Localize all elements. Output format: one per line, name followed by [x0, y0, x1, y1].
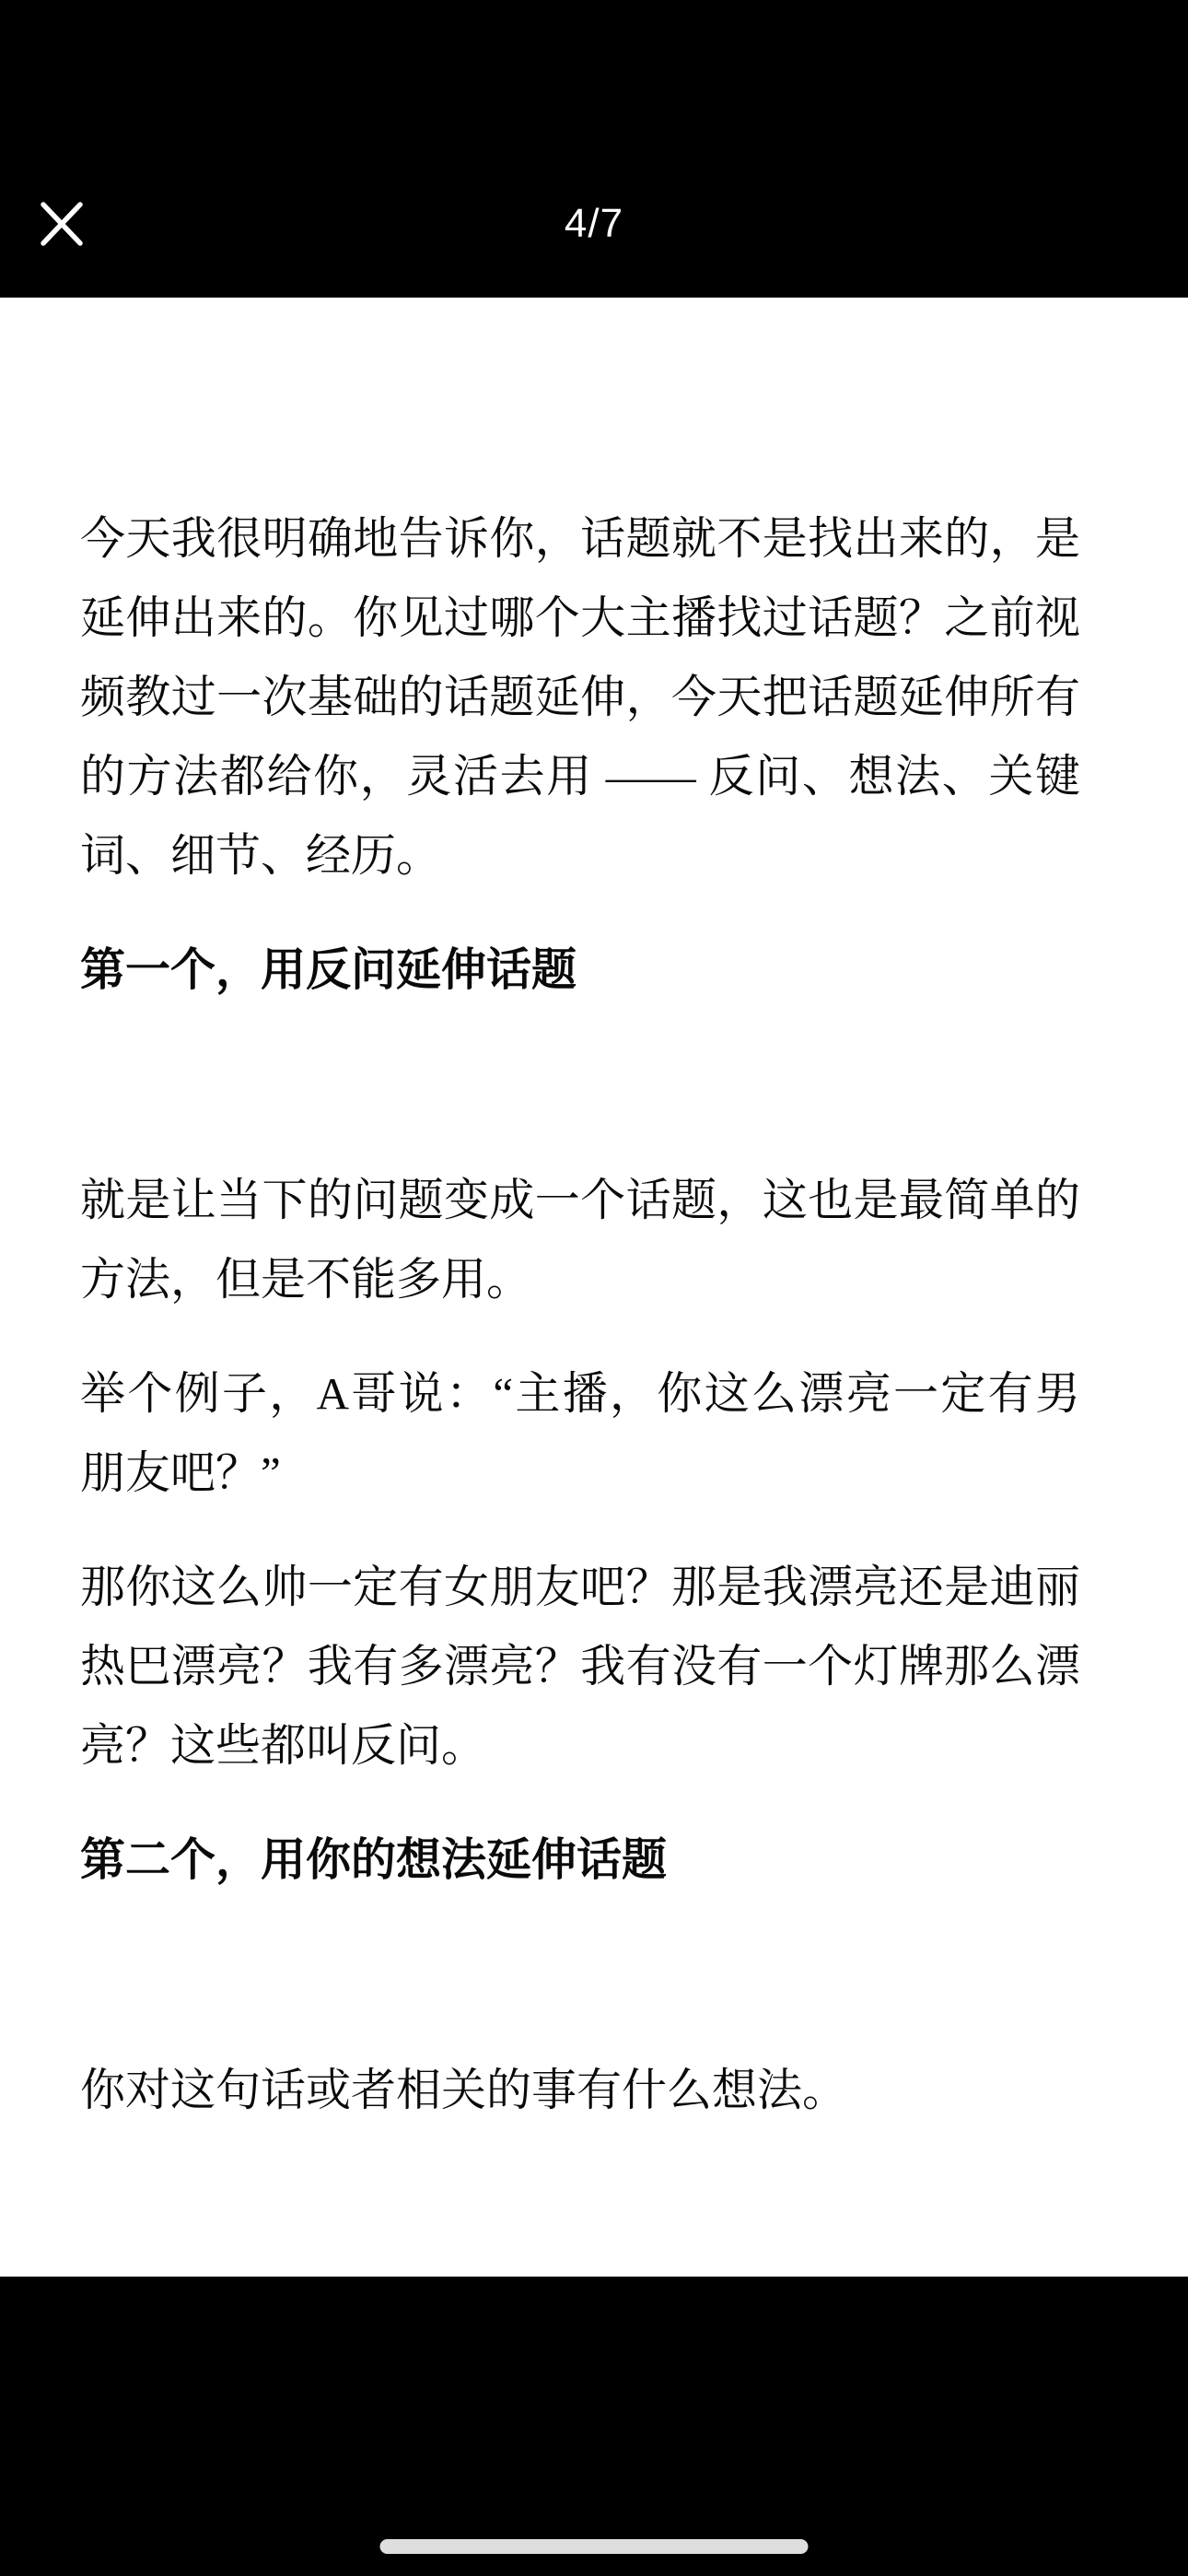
paragraph: 今天我很明确地告诉你，话题就不是找出来的，是延伸出来的。你见过哪个大主播找过话题…	[80, 499, 1080, 896]
header-bar: 4/7	[0, 0, 1188, 298]
paragraph: 就是让当下的问题变成一个话题，这也是最简单的方法，但是不能多用。	[80, 1161, 1080, 1319]
footer-bar	[0, 2277, 1188, 2576]
page-indicator: 4/7	[0, 197, 1188, 251]
section-heading: 第一个，用反问延伸话题	[80, 931, 1080, 1010]
paragraph: 你对这句话或者相关的事有什么想法。	[80, 2051, 1080, 2130]
section-heading: 第二个，用你的想法延伸话题	[80, 1821, 1080, 1900]
document-viewer[interactable]: 今天我很明确地告诉你，话题就不是找出来的，是延伸出来的。你见过哪个大主播找过话题…	[0, 298, 1188, 2277]
home-indicator[interactable]	[380, 2539, 809, 2554]
screen: 4/7 今天我很明确地告诉你，话题就不是找出来的，是延伸出来的。你见过哪个大主播…	[0, 0, 1188, 2576]
paragraph: 举个例子，A哥说：“主播，你这么漂亮一定有男朋友吧？”	[80, 1354, 1080, 1513]
paragraph: 那你这么帅一定有女朋友吧？那是我漂亮还是迪丽热巴漂亮？我有多漂亮？我有没有一个灯…	[80, 1548, 1080, 1786]
